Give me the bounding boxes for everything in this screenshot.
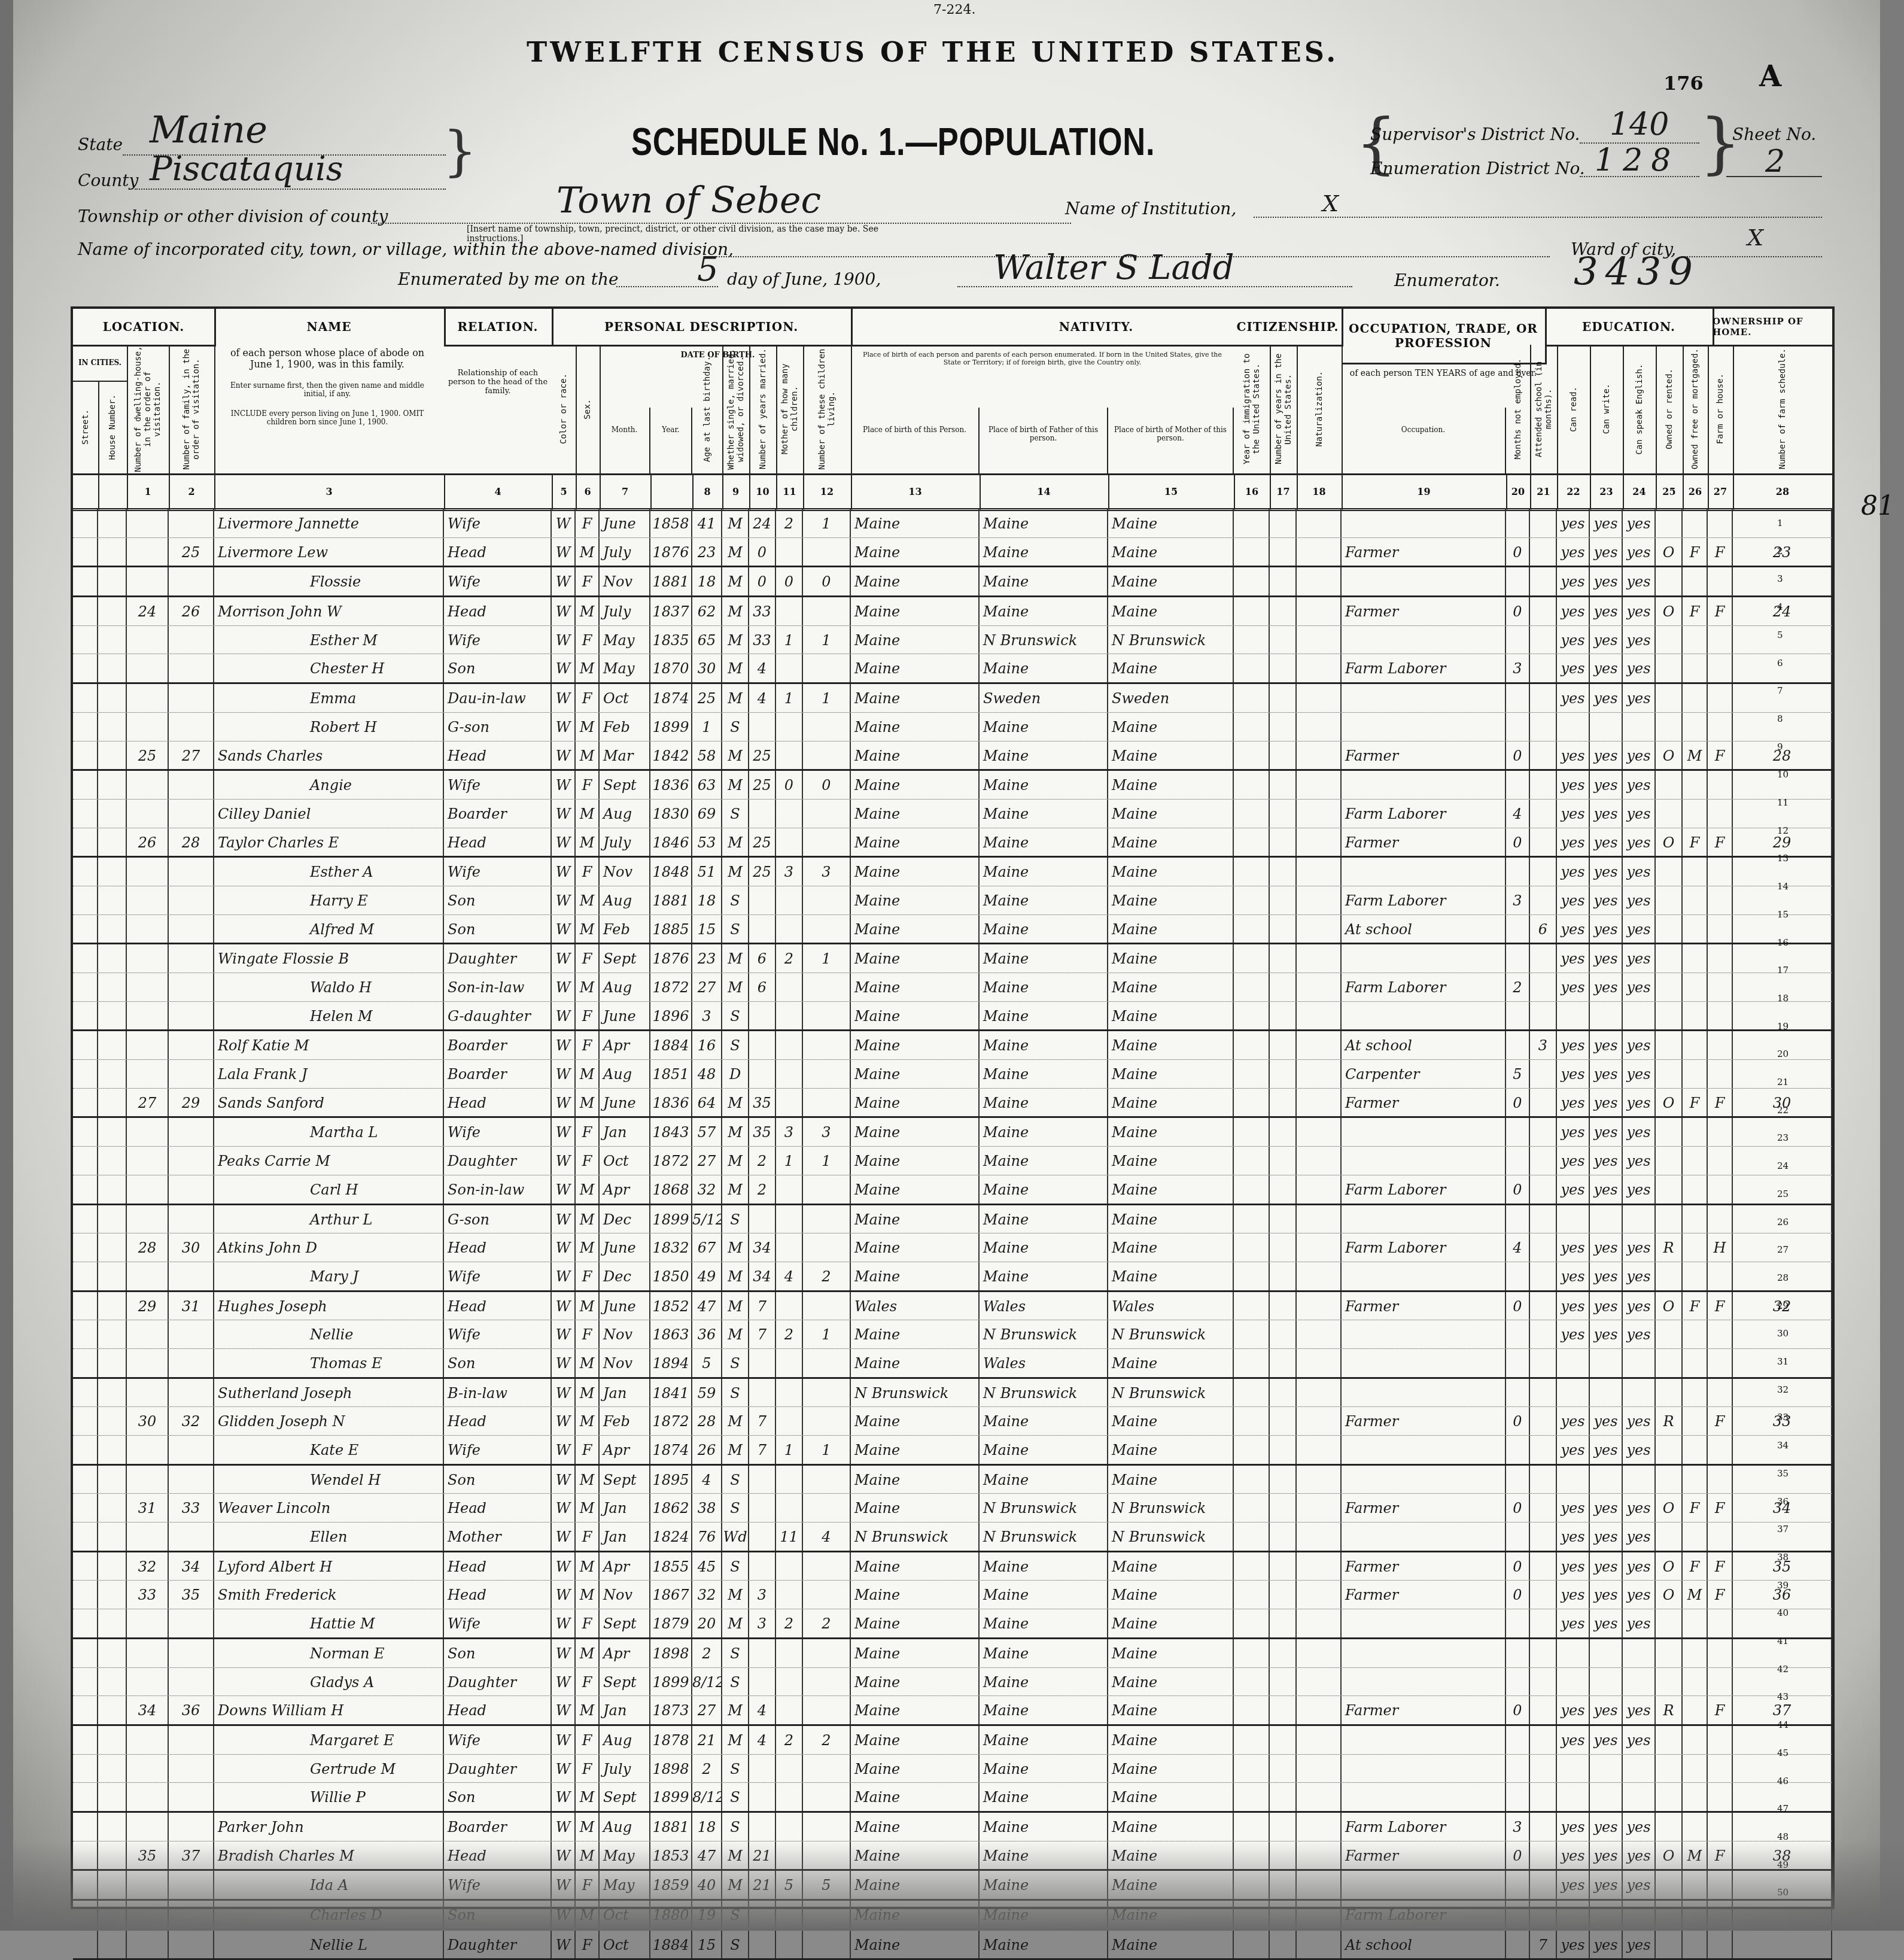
cell-ym: 0: [749, 567, 776, 595]
cell-empty: [98, 1379, 127, 1407]
cell-age: 59: [692, 1379, 722, 1407]
cell-occ: [1342, 713, 1506, 741]
cell-rel: Head: [444, 1292, 552, 1320]
cell-empty: [98, 1089, 127, 1117]
cell-ym: 34: [749, 1233, 776, 1262]
cell-race: W: [552, 1755, 576, 1783]
cell-dw: [127, 567, 169, 595]
cell-mc: [776, 1783, 803, 1811]
cell-yr: 1885: [650, 915, 692, 943]
cell-fh: [1708, 1379, 1733, 1407]
cell-empty: [73, 567, 98, 595]
cell-ym: 25: [749, 771, 776, 799]
cell-fm: F: [1683, 1292, 1708, 1320]
cell-age: 49: [692, 1262, 722, 1290]
cell-fh: [1708, 1639, 1733, 1667]
cell-sch: [1530, 1668, 1557, 1696]
cell-mon: June: [600, 1089, 650, 1117]
cell-empty: [98, 1060, 127, 1088]
cell-empty: [1234, 858, 1270, 886]
line-number: 17: [1777, 965, 1789, 976]
cell-empty: [98, 1002, 127, 1030]
cell-mb: Maine: [1108, 1609, 1234, 1637]
cell-en: [1623, 1639, 1656, 1667]
cell-rd: [1557, 1755, 1590, 1783]
name-include-note: INCLUDE every person living on June 1, 1…: [219, 409, 436, 426]
cell-empty: [1270, 1031, 1297, 1059]
cell-ms: M: [722, 1262, 749, 1290]
cell-own: [1656, 915, 1683, 943]
cell-cl: [803, 1379, 851, 1407]
cell-fam: [169, 1668, 214, 1696]
cell-name: Norman E: [214, 1639, 444, 1667]
cell-wr: yes: [1590, 742, 1623, 770]
cell-fm: [1683, 1147, 1708, 1175]
cell-rel: Boarder: [444, 1060, 552, 1088]
cell-race: W: [552, 800, 576, 828]
cell-wr: yes: [1590, 1523, 1623, 1551]
cell-yr: 1873: [650, 1696, 692, 1724]
cell-mne: [1506, 1523, 1530, 1551]
cell-mon: Jan: [600, 1523, 650, 1551]
column-number: 11: [776, 473, 804, 511]
column-number: 1: [127, 473, 170, 511]
column-label-text: Mother of how many children.: [780, 345, 799, 473]
cell-rel: Head: [444, 1696, 552, 1724]
cell-race: W: [552, 1031, 576, 1059]
cell-race: W: [552, 1175, 576, 1204]
cell-sex: M: [576, 915, 600, 943]
cell-pb: Maine: [851, 1205, 980, 1233]
column-label-text: Can write.: [1602, 384, 1611, 434]
cell-mne: [1506, 1668, 1530, 1696]
line-number: 45: [1777, 1748, 1789, 1758]
cell-age: 63: [692, 771, 722, 799]
line-number: 12: [1777, 825, 1789, 836]
cell-mon: Apr: [600, 1552, 650, 1581]
cell-rel: Son: [444, 1639, 552, 1667]
cell-empty: [1297, 1349, 1342, 1377]
column-label: Naturalization.: [1297, 345, 1343, 473]
cell-empty: [98, 1349, 127, 1377]
column-label: Farm or house.: [1708, 345, 1734, 473]
cell-mc: [776, 915, 803, 943]
cell-empty: [1270, 713, 1297, 741]
cell-empty: [73, 1175, 98, 1204]
cell-cl: [803, 1292, 851, 1320]
cell-name: Glidden Joseph N: [214, 1407, 444, 1435]
cell-dw: [127, 1783, 169, 1811]
cell-rel: Son: [444, 1349, 552, 1377]
cell-pb: Maine: [851, 1031, 980, 1059]
cell-empty: [1297, 1436, 1342, 1464]
cell-pb: Maine: [851, 509, 980, 537]
cell-mc: [776, 1466, 803, 1494]
cell-age: 1: [692, 713, 722, 741]
cell-empty: [1297, 684, 1342, 712]
cell-pb: Maine: [851, 1147, 980, 1175]
cell-name: Hughes Joseph: [214, 1292, 444, 1320]
cell-yr: 1874: [650, 1436, 692, 1464]
cell-empty: [1297, 597, 1342, 625]
cell-en: yes: [1623, 800, 1656, 828]
cell-mc: 1: [776, 684, 803, 712]
cell-fm: [1683, 915, 1708, 943]
cell-cl: [803, 1205, 851, 1233]
cell-pb: Maine: [851, 597, 980, 625]
cell-mb: Maine: [1108, 1002, 1234, 1030]
cell-fm: F: [1683, 828, 1708, 856]
cell-empty: [1270, 1233, 1297, 1262]
cell-mon: Oct: [600, 1147, 650, 1175]
form-number: 7-224.: [933, 2, 975, 17]
cell-mb: Maine: [1108, 886, 1234, 914]
cell-age: 47: [692, 1292, 722, 1320]
cell-mne: 3: [1506, 654, 1530, 682]
table-row: Sutherland JosephB-in-lawWMJan184159SN B…: [73, 1379, 1832, 1408]
cell-empty: [1297, 626, 1342, 654]
cell-wr: [1590, 713, 1623, 741]
cell-fb: Maine: [980, 1726, 1108, 1754]
column-label-text: Number of years in the United States.: [1274, 345, 1293, 473]
cell-ms: M: [722, 858, 749, 886]
cell-own: O: [1656, 597, 1683, 625]
line-number: 27: [1777, 1244, 1789, 1255]
cell-empty: [1297, 1292, 1342, 1320]
cell-sch: [1530, 1494, 1557, 1522]
cell-cl: [803, 1349, 851, 1377]
cell-rd: yes: [1557, 1147, 1590, 1175]
line-number: 46: [1777, 1776, 1789, 1786]
table-row: Robert HG-sonWMFeb18991SMaineMaineMaine: [73, 713, 1832, 742]
line-number: 14: [1777, 881, 1789, 892]
cell-occ: [1342, 1668, 1506, 1696]
cell-yr: 1881: [650, 1813, 692, 1841]
cell-pb: Maine: [851, 1639, 980, 1667]
cell-cl: 4: [803, 1523, 851, 1551]
cell-rd: yes: [1557, 1552, 1590, 1581]
cell-mc: [776, 1813, 803, 1841]
cell-empty: [1234, 1813, 1270, 1841]
cell-mb: Maine: [1108, 1581, 1234, 1609]
cell-age: 48: [692, 1060, 722, 1088]
cell-name: Sutherland Joseph: [214, 1379, 444, 1407]
cell-wr: yes: [1590, 944, 1623, 973]
cell-yr: 1863: [650, 1320, 692, 1348]
cell-sch: [1530, 1205, 1557, 1233]
table-row: Gladys ADaughterWFSept18998/12SMaineMain…: [73, 1668, 1832, 1697]
cell-occ: [1342, 1320, 1506, 1348]
cell-mon: Nov: [600, 1320, 650, 1348]
table-row: Thomas ESonWMNov18945SMaineWalesMaine: [73, 1349, 1832, 1379]
column-label: Place of birth of this Person.: [851, 408, 980, 473]
cell-fm: [1683, 973, 1708, 1001]
cell-name: Waldo H: [214, 973, 444, 1001]
cell-yr: 1832: [650, 1233, 692, 1262]
cell-occ: Farmer: [1342, 538, 1506, 566]
line-number: 42: [1777, 1664, 1789, 1675]
cell-fm: [1683, 1031, 1708, 1059]
cell-own: [1656, 1466, 1683, 1494]
cell-fb: Maine: [980, 1147, 1108, 1175]
cell-occ: Farmer: [1342, 742, 1506, 770]
cell-fam: [169, 1205, 214, 1233]
cell-name: Livermore Jannette: [214, 509, 444, 537]
cell-fb: Maine: [980, 1668, 1108, 1696]
cell-sex: M: [576, 828, 600, 856]
table-row: 3032Glidden Joseph NHeadWMFeb187228M7Mai…: [73, 1407, 1832, 1436]
cell-cl: [803, 1002, 851, 1030]
cell-empty: [73, 1696, 98, 1724]
cell-ms: S: [722, 1813, 749, 1841]
cell-mon: Feb: [600, 915, 650, 943]
cell-empty: [98, 1233, 127, 1262]
cell-empty: [1270, 1783, 1297, 1811]
cell-mne: 0: [1506, 1552, 1530, 1581]
cell-mne: 0: [1506, 1175, 1530, 1204]
cell-rel: Daughter: [444, 1668, 552, 1696]
cell-sch: [1530, 1292, 1557, 1320]
cell-rd: yes: [1557, 828, 1590, 856]
cell-fb: Maine: [980, 654, 1108, 682]
cell-empty: [1297, 1379, 1342, 1407]
cell-empty: [98, 1031, 127, 1059]
cell-fam: [169, 1349, 214, 1377]
table-row: 3335Smith FrederickHeadWMNov186732M3Main…: [73, 1581, 1832, 1609]
cell-empty: [1234, 1147, 1270, 1175]
cell-dw: 27: [127, 1089, 169, 1117]
cell-mon: July: [600, 538, 650, 566]
cell-own: [1656, 1436, 1683, 1464]
cell-name: Taylor Charles E: [214, 828, 444, 856]
column-number: 18: [1297, 473, 1343, 511]
cell-occ: Farm Laborer: [1342, 886, 1506, 914]
cell-ym: 2: [749, 1175, 776, 1204]
cell-fam: [169, 654, 214, 682]
cell-mon: July: [600, 1755, 650, 1783]
cell-yr: 1835: [650, 626, 692, 654]
cell-mne: [1506, 684, 1530, 712]
line-number: 3: [1777, 573, 1783, 584]
cell-own: [1656, 944, 1683, 973]
cell-rel: Wife: [444, 771, 552, 799]
township-label: Township or other division of county: [78, 206, 388, 226]
cell-empty: [1234, 1609, 1270, 1637]
cell-age: 41: [692, 509, 722, 537]
state-value: Maine: [150, 108, 267, 151]
cell-empty: [1234, 1466, 1270, 1494]
cell-ym: 34: [749, 1262, 776, 1290]
column-label: Owned or rented.: [1656, 345, 1684, 473]
cell-mc: 3: [776, 858, 803, 886]
cell-empty: [1297, 1060, 1342, 1088]
cell-age: 51: [692, 858, 722, 886]
cell-rel: Head: [444, 742, 552, 770]
cell-sex: M: [576, 1089, 600, 1117]
cell-sex: F: [576, 1609, 600, 1637]
column-label: Number of these children living.: [803, 345, 852, 473]
cell-occ: [1342, 944, 1506, 973]
cell-fm: [1683, 1609, 1708, 1637]
cell-fb: Maine: [980, 567, 1108, 595]
cell-rel: G-daughter: [444, 1002, 552, 1030]
cell-cl: [803, 1175, 851, 1204]
cell-fh: [1708, 771, 1733, 799]
cell-name: Rolf Katie M: [214, 1031, 444, 1059]
cell-occ: [1342, 567, 1506, 595]
cell-rd: [1557, 1466, 1590, 1494]
cell-ym: 4: [749, 1726, 776, 1754]
cell-wr: yes: [1590, 1320, 1623, 1348]
cell-fh: [1708, 654, 1733, 682]
cell-empty: [1234, 1639, 1270, 1667]
cell-empty: [73, 1755, 98, 1783]
cell-own: [1656, 1205, 1683, 1233]
cell-ms: S: [722, 800, 749, 828]
table-row: 2527Sands CharlesHeadWMMar184258M25Maine…: [73, 742, 1832, 771]
cell-yr: 1872: [650, 1147, 692, 1175]
cell-sch: [1530, 713, 1557, 741]
cell-yr: 1879: [650, 1609, 692, 1637]
cell-empty: [98, 973, 127, 1001]
cell-mb: Maine: [1108, 828, 1234, 856]
cell-mon: June: [600, 509, 650, 537]
cell-name: Carl H: [214, 1175, 444, 1204]
cell-name: Thomas E: [214, 1349, 444, 1377]
cell-wr: yes: [1590, 626, 1623, 654]
column-number: 5: [552, 473, 577, 511]
cell-ms: M: [722, 771, 749, 799]
cell-rel: Head: [444, 828, 552, 856]
line-number: 32: [1777, 1384, 1789, 1395]
cell-sch: [1530, 1813, 1557, 1841]
cell-fam: [169, 771, 214, 799]
cell-fb: Maine: [980, 915, 1108, 943]
cell-ym: [749, 1002, 776, 1030]
cell-mon: Sept: [600, 1609, 650, 1637]
cell-race: W: [552, 1668, 576, 1696]
column-label: Owned free or mortgaged.: [1683, 345, 1709, 473]
cell-mon: Feb: [600, 1407, 650, 1435]
cell-sch: [1530, 1262, 1557, 1290]
cell-empty: [1270, 1494, 1297, 1522]
cell-name: Chester H: [214, 654, 444, 682]
column-number: 23: [1590, 473, 1624, 511]
cell-empty: [1270, 597, 1297, 625]
column-label-text: Can read.: [1569, 387, 1578, 432]
cell-empty: [73, 1668, 98, 1696]
cell-mc: [776, 1755, 803, 1783]
cell-empty: [98, 800, 127, 828]
cell-name: Ellen: [214, 1523, 444, 1551]
cell-wr: yes: [1590, 1262, 1623, 1290]
cell-wr: yes: [1590, 858, 1623, 886]
column-number: 20: [1506, 473, 1531, 511]
cell-sex: F: [576, 1262, 600, 1290]
cell-fh: F: [1708, 742, 1733, 770]
cell-name: Alfred M: [214, 915, 444, 943]
cell-ym: [749, 1552, 776, 1581]
column-label-text: Number of these children living.: [817, 345, 837, 473]
cell-yr: 1868: [650, 1175, 692, 1204]
cell-mon: Aug: [600, 973, 650, 1001]
line-number: 44: [1777, 1719, 1789, 1730]
cell-fam: [169, 1379, 214, 1407]
cell-fm: [1683, 1639, 1708, 1667]
cell-empty: [1297, 1089, 1342, 1117]
cell-fb: Maine: [980, 886, 1108, 914]
cell-en: yes: [1623, 1262, 1656, 1290]
cell-empty: [1270, 1089, 1297, 1117]
cell-rd: yes: [1557, 886, 1590, 914]
cell-mon: Sept: [600, 1466, 650, 1494]
cell-mon: Nov: [600, 1349, 650, 1377]
cell-empty: [73, 1407, 98, 1435]
cell-fam: [169, 973, 214, 1001]
cell-empty: [1234, 1379, 1270, 1407]
cell-mne: [1506, 1002, 1530, 1030]
cell-ym: [749, 1349, 776, 1377]
cell-race: W: [552, 597, 576, 625]
column-label: Sex.: [576, 345, 601, 473]
cell-race: W: [552, 944, 576, 973]
cell-rd: yes: [1557, 1262, 1590, 1290]
cell-fh: F: [1708, 597, 1733, 625]
cell-own: [1656, 684, 1683, 712]
cell-fh: F: [1708, 1552, 1733, 1581]
cell-mb: Maine: [1108, 1552, 1234, 1581]
cell-empty: [73, 1379, 98, 1407]
cell-empty: [73, 626, 98, 654]
cell-rel: Son-in-law: [444, 1175, 552, 1204]
cell-empty: [1270, 973, 1297, 1001]
cell-own: O: [1656, 538, 1683, 566]
cell-sex: F: [576, 684, 600, 712]
table-row: NellieWifeWFNov186336M721MaineN Brunswic…: [73, 1320, 1832, 1349]
cell-occ: Farm Laborer: [1342, 973, 1506, 1001]
cell-age: 16: [692, 1031, 722, 1059]
cell-dw: [127, 1639, 169, 1667]
cell-own: [1656, 1320, 1683, 1348]
cell-fam: [169, 626, 214, 654]
cell-pb: Maine: [851, 1696, 980, 1724]
cell-dw: 32: [127, 1552, 169, 1581]
cell-own: [1656, 973, 1683, 1001]
cell-mb: Maine: [1108, 654, 1234, 682]
cell-sex: M: [576, 1060, 600, 1088]
cell-empty: [1234, 1233, 1270, 1262]
cell-rel: Head: [444, 1233, 552, 1262]
cell-yr: 1843: [650, 1118, 692, 1146]
cell-mb: Maine: [1108, 1436, 1234, 1464]
cell-en: yes: [1623, 1813, 1656, 1841]
cell-empty: [1270, 538, 1297, 566]
cell-age: 28: [692, 1407, 722, 1435]
cell-cl: 1: [803, 684, 851, 712]
cell-empty: [1270, 1407, 1297, 1435]
cell-sch: [1530, 1147, 1557, 1175]
cell-fam: 35: [169, 1581, 214, 1609]
cell-ym: [749, 1494, 776, 1522]
cell-name: Wingate Flossie B: [214, 944, 444, 973]
cell-fh: [1708, 915, 1733, 943]
cell-empty: [98, 915, 127, 943]
cell-empty: [1297, 1262, 1342, 1290]
cell-pb: Maine: [851, 915, 980, 943]
cell-dw: [127, 1031, 169, 1059]
cell-sch: [1530, 567, 1557, 595]
cell-age: 45: [692, 1552, 722, 1581]
